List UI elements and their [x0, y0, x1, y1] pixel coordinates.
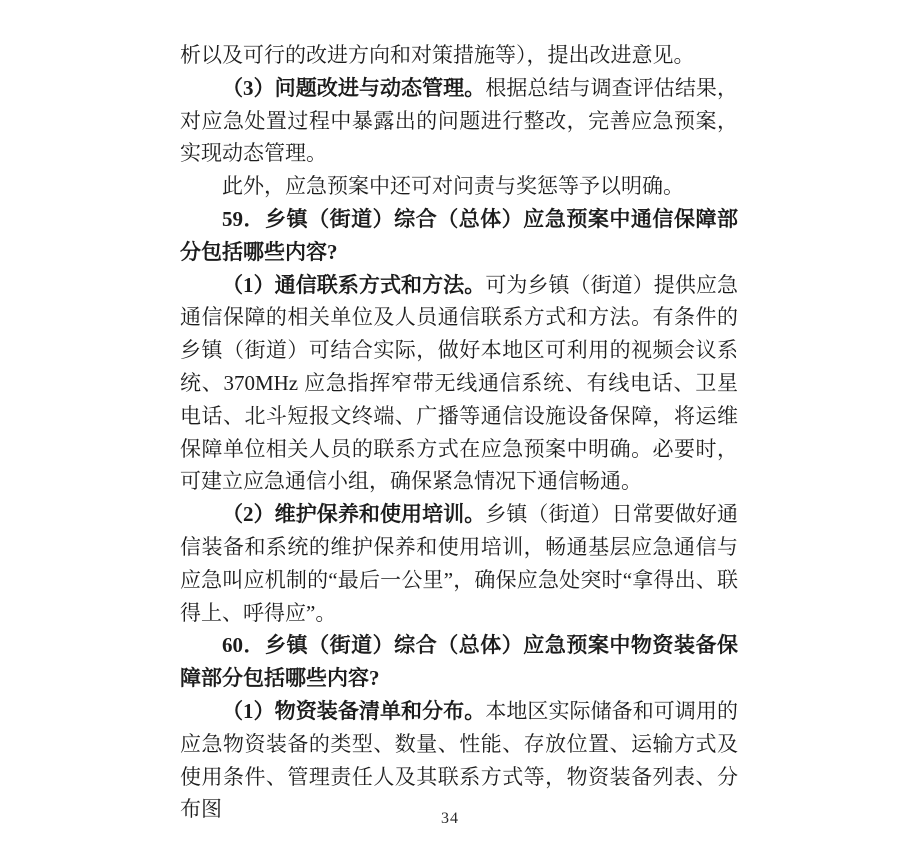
- paragraph: 60．乡镇（街道）综合（总体）应急预案中物资装备保障部分包括哪些内容?: [180, 629, 738, 695]
- text-run: 60．乡镇（街道）综合（总体）应急预案中物资装备保障部分包括哪些内容?: [180, 633, 738, 690]
- text-run: 可为乡镇（街道）提供应急通信保障的相关单位及人员通信联系方式和方法。有条件的乡镇…: [180, 273, 738, 494]
- text-run: （3）问题改进与动态管理。: [222, 76, 485, 100]
- paragraph: （1）通信联系方式和方法。可为乡镇（街道）提供应急通信保障的相关单位及人员通信联…: [180, 269, 738, 499]
- document-content: 析以及可行的改进方向和对策措施等），提出改进意见。（3）问题改进与动态管理。根据…: [180, 39, 738, 826]
- paragraph: 59．乡镇（街道）综合（总体）应急预案中通信保障部分包括哪些内容?: [180, 203, 738, 269]
- page-number: 34: [0, 810, 900, 828]
- text-run: （1）通信联系方式和方法。: [222, 273, 485, 297]
- paragraph: （1）物资装备清单和分布。本地区实际储备和可调用的应急物资装备的类型、数量、性能…: [180, 695, 738, 826]
- paragraph: 析以及可行的改进方向和对策措施等），提出改进意见。: [180, 39, 738, 72]
- text-run: 此外，应急预案中还可对问责与奖惩等予以明确。: [222, 174, 684, 198]
- document-page: 析以及可行的改进方向和对策措施等），提出改进意见。（3）问题改进与动态管理。根据…: [0, 0, 900, 860]
- paragraph: 此外，应急预案中还可对问责与奖惩等予以明确。: [180, 170, 738, 203]
- text-run: 析以及可行的改进方向和对策措施等），提出改进意见。: [180, 43, 695, 67]
- text-run: （2）维护保养和使用培训。: [222, 502, 485, 526]
- paragraph: （3）问题改进与动态管理。根据总结与调查评估结果，对应急处置过程中暴露出的问题进…: [180, 72, 738, 170]
- paragraph: （2）维护保养和使用培训。乡镇（街道）日常要做好通信装备和系统的维护保养和使用培…: [180, 498, 738, 629]
- text-run: 59．乡镇（街道）综合（总体）应急预案中通信保障部分包括哪些内容?: [180, 207, 738, 264]
- text-run: （1）物资装备清单和分布。: [222, 699, 485, 723]
